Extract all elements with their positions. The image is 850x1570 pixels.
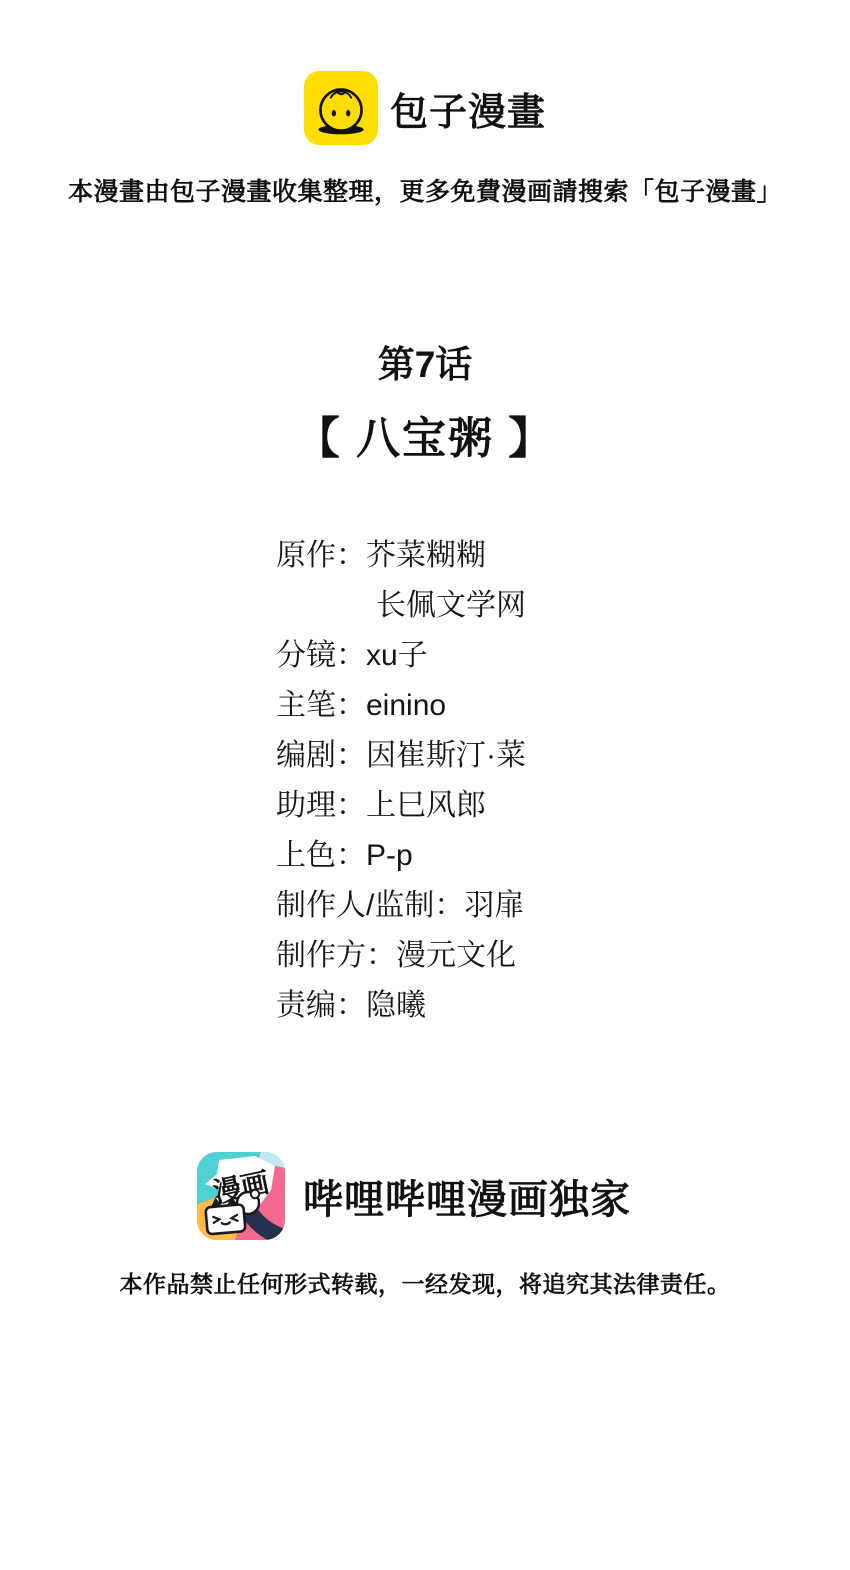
credit-line: 上色：P-p [276,831,526,881]
credit-line: 助理：上巳风郎 [276,781,526,831]
publisher-row: 漫画 [197,1152,631,1240]
comic-credits-page: 包子漫畫 本漫畫由包子漫畫收集整理，更多免費漫画請搜索「包子漫畫」 第7话 【 … [0,0,850,1570]
baozi-bun-icon [304,71,378,145]
collection-notice: 本漫畫由包子漫畫收集整理，更多免費漫画請搜索「包子漫畫」 [0,172,850,208]
chapter-heading: 第7话 【 八宝粥 】 [0,334,850,466]
credit-line: 长佩文学网 [276,581,526,631]
credit-line: 分镜：xu子 [276,631,526,681]
chapter-number: 第7话 [0,334,850,388]
credit-line: 编剧：因崔斯汀·菜 [276,731,526,781]
credit-line: 原作：芥菜糊糊 [276,531,526,581]
credits-list: 原作：芥菜糊糊长佩文学网分镜：xu子主笔：einino编剧：因崔斯汀·菜助理：上… [276,531,526,1031]
bilibili-manga-app-icon: 漫画 [197,1152,285,1240]
credit-line: 责编：隐曦 [276,981,526,1031]
chapter-title: 【 八宝粥 】 [0,402,850,466]
credit-line: 制作人/监制：羽扉 [276,881,526,931]
baozi-brand-header: 包子漫畫 [0,71,850,145]
credit-line: 主笔：einino [276,681,526,731]
baozi-logo-text: 包子漫畫 [390,81,546,136]
credit-line: 制作方：漫元文化 [276,931,526,981]
copyright-notice: 本作品禁止任何形式转载，一经发现，将追究其法律责任。 [0,1266,850,1299]
bilibili-exclusive-text: 哔哩哔哩漫画独家 [303,1168,631,1225]
